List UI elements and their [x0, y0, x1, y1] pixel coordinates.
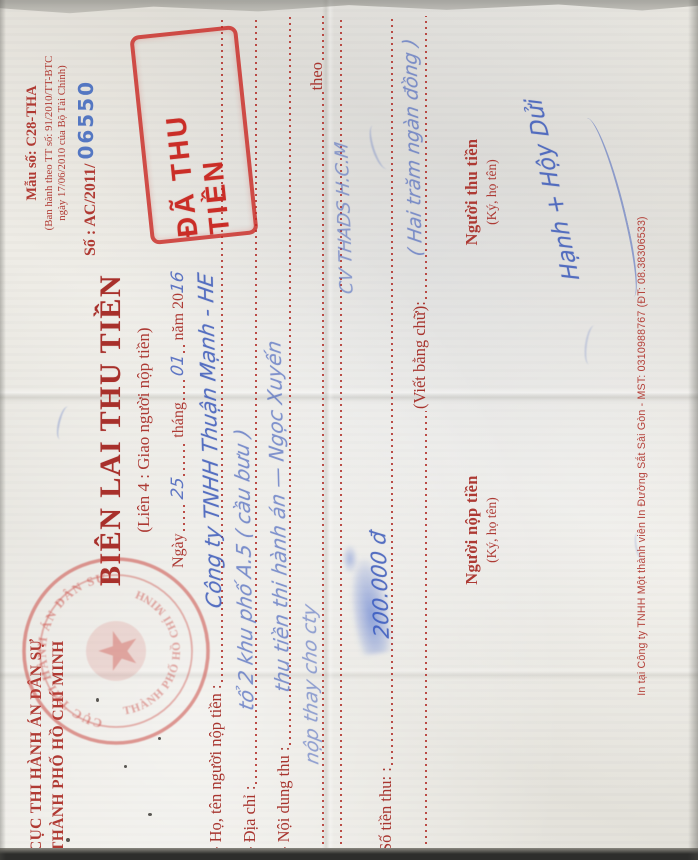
stray-pen-mark: [54, 405, 74, 441]
in-words-label: (Viết bằng chữ):: [410, 301, 430, 409]
form-meta-block: Mẫu số: C28-THA (Ban hành theo TT số: 91…: [24, 24, 100, 262]
paper-speck: [66, 838, 70, 842]
address-label: - Địa chỉ :: [240, 786, 260, 852]
content-label: - Nội dung thu :: [274, 747, 294, 852]
round-seal: ★ CỤC THI HÀNH ÁN DÂN SỰ THÀNH PHỐ HỒ CH…: [20, 555, 212, 747]
paper-speck: [124, 765, 127, 768]
amount-label: Số tiền thu: :: [376, 767, 396, 852]
handwritten-address: tổ 2 khu phố A.5 ( cầu bưu ): [230, 427, 259, 713]
stray-pen-mark: [582, 324, 601, 366]
dotted-leader: [183, 501, 185, 531]
printer-info: In tại Công ty TNHH Một thành viên In Đư…: [636, 156, 648, 756]
handwritten-filler: CV THADS H.C.M: [331, 141, 357, 295]
ink-blot-small: [342, 544, 358, 574]
handwritten-month: 01: [168, 353, 188, 377]
handwritten-year: 16: [168, 270, 188, 294]
payer-signature-sub: (Ký, họ tên): [484, 450, 500, 610]
collector-signature-sub: (Ký, họ tên): [484, 112, 500, 272]
paper-speck: [158, 737, 161, 740]
payer-signature-block: Người nộp tiền (Ký, họ tên): [462, 450, 500, 610]
paper-speck: [96, 698, 99, 702]
paid-stamp: ĐÃ THU TIỀN: [129, 25, 258, 245]
payer-signature-title: Người nộp tiền: [462, 475, 481, 584]
collector-signature-block: Người thu tiền (Ký, họ tên): [462, 112, 500, 272]
paper-edge-left: [0, 0, 6, 860]
dotted-leader: [322, 16, 324, 60]
dotted-leader: [391, 16, 393, 765]
pen-flourish: [576, 114, 645, 301]
dotted-leader: [183, 343, 185, 353]
receipt-page: CỤC THI HÀNH ÁN DÂN SỰ THÀNH PHỐ HỒ CHÍ …: [0, 0, 698, 860]
issuance-note-line1: (Ban hành theo TT số: 91/2010/TT-BTC: [43, 24, 56, 262]
paper-edge-right: [688, 0, 698, 860]
filler-row: [340, 14, 345, 852]
date-line: Ngày 25 tháng 01 năm 20 16: [168, 271, 188, 568]
dotted-leader: [425, 411, 427, 850]
seal-star-icon: ★: [91, 628, 148, 675]
paid-stamp-text: ĐÃ THU TIỀN: [152, 31, 237, 239]
date-month-label: tháng: [170, 402, 188, 438]
date-year-label: năm 20: [170, 293, 188, 341]
paper-speck: [148, 813, 152, 816]
collector-signature-title: Người thu tiền: [462, 139, 481, 246]
form-code: Mẫu số: C28-THA: [24, 24, 41, 262]
handwritten-day: 25: [168, 476, 188, 500]
dotted-leader: [183, 440, 185, 476]
scanned-receipt: CỤC THI HÀNH ÁN DÂN SỰ THÀNH PHỐ HỒ CHÍ …: [0, 0, 698, 860]
scanner-edge-bottom: [0, 848, 698, 860]
issuance-note: (Ban hành theo TT số: 91/2010/TT-BTC ngà…: [43, 24, 70, 262]
theo-label: theo: [307, 62, 327, 90]
issuance-note-line2: ngày 17/06/2010 của Bộ Tài Chính): [56, 24, 69, 262]
handwritten-content-continuation: nộp thay cho cty: [299, 602, 324, 766]
dotted-leader: [183, 378, 185, 400]
